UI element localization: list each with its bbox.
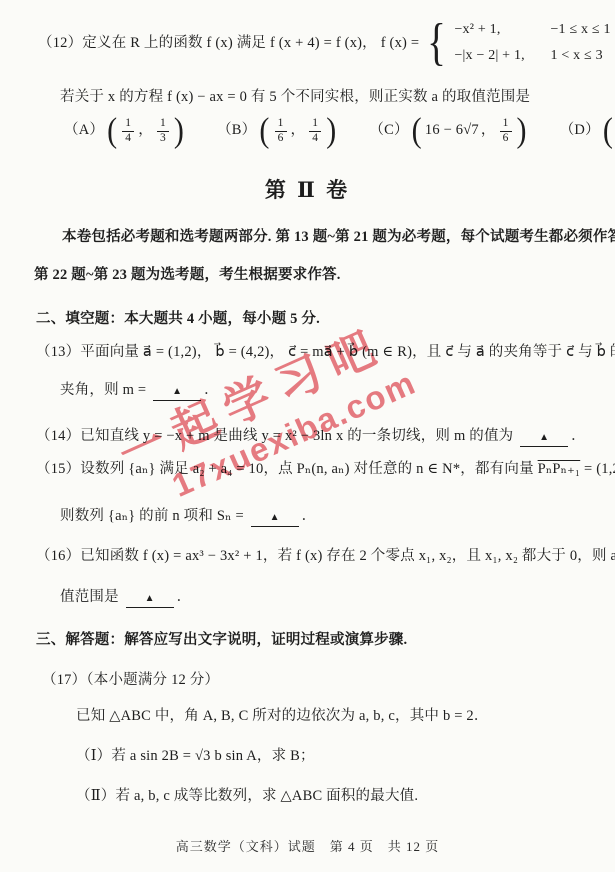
watermark: 一起学习吧 17xuexiba.com	[107, 303, 422, 519]
answer-blank: ▲	[520, 431, 568, 447]
question-17-given: 已知 △ABC 中，角 A, B, C 所对的边依次为 a, b, c，其中 b…	[76, 707, 489, 727]
question-15-line2: 则数列 {aₙ} 的前 n 项和 Sₙ = ▲．	[60, 507, 316, 527]
answer-blank: ▲	[153, 385, 201, 401]
option-a-label: （A）	[64, 121, 104, 141]
blank-triangle-icon: ▲	[145, 593, 155, 604]
question-12-intro: （12）定义在 R 上的函数 f (x) 满足 f (x + 4) = f (x…	[38, 34, 419, 54]
paren-close: )	[174, 114, 184, 149]
part-ii-title: 第 Ⅱ 卷	[0, 176, 615, 204]
part-ii-intro-line1: 本卷包括必考题和选考题两部分. 第 13 题~第 21 题为必考题，每个试题考生…	[62, 228, 615, 248]
question-12-intro-row: （12）定义在 R 上的函数 f (x) 满足 f (x + 4) = f (x…	[38, 20, 615, 67]
question-14-text: （14）已知直线 y = −x + m 是曲线 y = x² − 3ln x 的…	[36, 428, 513, 444]
fraction: 16	[500, 117, 512, 146]
option-a: （A） ( 14 ， 13 )	[64, 116, 185, 146]
numerator: 1	[122, 117, 134, 132]
denominator: 4	[309, 132, 321, 146]
part-ii-intro-line2: 第 22 题~第 23 题为选考题，考生根据要求作答.	[34, 266, 341, 286]
brace-icon: {	[427, 20, 446, 67]
page-footer: 高三数学（文科）试题 第 4 页 共 12 页	[0, 838, 615, 856]
paren-open: (	[603, 114, 613, 149]
comma: ，	[138, 121, 153, 141]
paren-open: (	[107, 114, 117, 149]
piecewise-row: −x² + 1, −1 ≤ x ≤ 1	[454, 21, 610, 40]
answer-blank: ▲	[251, 511, 299, 527]
question-15-line1: （15）设数列 {aₙ} 满足 a₂ + a₄ = 10，点 Pₙ(n, aₙ)…	[36, 460, 615, 480]
question-12-condition: 若关于 x 的方程 f (x) − ax = 0 有 5 个不同实根，则正实数 …	[60, 88, 530, 108]
period: ．	[571, 428, 586, 444]
vector-overline: PₙPₙ₊₁	[538, 461, 581, 477]
fraction: 16	[275, 117, 287, 146]
answer-blank: ▲	[126, 592, 174, 608]
exam-page: （12）定义在 R 上的函数 f (x) 满足 f (x + 4) = f (x…	[0, 0, 615, 872]
option-b: （B） ( 16 ， 14 )	[217, 116, 337, 146]
denominator: 3	[157, 132, 169, 146]
blank-triangle-icon: ▲	[172, 386, 182, 397]
piecewise-rows: −x² + 1, −1 ≤ x ≤ 1 −|x − 2| + 1, 1 < x …	[454, 21, 610, 66]
question-15-answer-prefix: 则数列 {aₙ} 的前 n 项和 Sₙ =	[60, 508, 244, 524]
option-d: （D） ( 16 ， 8 − 2√15 )	[560, 116, 615, 146]
option-b-label: （B）	[217, 121, 256, 141]
question-12-options: （A） ( 14 ， 13 ) （B） ( 16 ， 14 ) （C） ( 16…	[64, 116, 615, 146]
piecewise-expr: −x² + 1,	[454, 21, 550, 40]
numerator: 1	[157, 117, 169, 132]
question-13-answer-prefix: 夹角，则 m =	[60, 382, 146, 398]
numerator: 1	[275, 117, 287, 132]
paren-close: )	[326, 114, 336, 149]
section-2-header: 二、填空题：本大题共 4 小题，每小题 5 分.	[36, 310, 320, 330]
piecewise-cond: 1 < x ≤ 3	[550, 47, 602, 66]
option-d-label: （D）	[560, 121, 600, 141]
piecewise-function: { −x² + 1, −1 ≤ x ≤ 1 −|x − 2| + 1, 1 < …	[424, 20, 610, 67]
question-14: （14）已知直线 y = −x + m 是曲线 y = x² − 3ln x 的…	[36, 427, 586, 447]
blank-triangle-icon: ▲	[270, 512, 280, 523]
question-17-part2: （Ⅱ）若 a, b, c 成等比数列，求 △ABC 面积的最大值.	[76, 787, 418, 807]
denominator: 4	[122, 132, 134, 146]
section-3-header: 三、解答题：解答应写出文字说明，证明过程或演算步骤.	[36, 631, 407, 651]
question-16-line2: 值范围是 ▲．	[60, 588, 191, 608]
paren-open: (	[412, 114, 422, 149]
paren-close: )	[517, 114, 527, 149]
option-c: （C） ( 16 − 6√7 ， 16 )	[369, 116, 527, 146]
numerator: 1	[500, 117, 512, 132]
question-15-text: （15）设数列 {aₙ} 满足 a₂ + a₄ = 10，点 Pₙ(n, aₙ)…	[36, 461, 534, 477]
comma: ，	[291, 121, 306, 141]
option-c-label: （C）	[369, 121, 408, 141]
paren-open: (	[259, 114, 269, 149]
fraction: 14	[309, 117, 321, 146]
question-16-answer-prefix: 值范围是	[60, 589, 119, 605]
period: ．	[302, 508, 317, 524]
period: ．	[204, 382, 219, 398]
comma: ，	[481, 121, 496, 141]
question-15-suffix: = (1,2)，	[584, 461, 615, 477]
fraction: 13	[157, 117, 169, 146]
question-17-head: （17）（本小题满分 12 分）	[42, 671, 219, 691]
denominator: 6	[500, 132, 512, 146]
option-c-expression: 16 − 6√7	[425, 121, 479, 141]
fraction: 14	[122, 117, 134, 146]
question-13-line2: 夹角，则 m = ▲．	[60, 381, 219, 401]
denominator: 6	[275, 132, 287, 146]
period: ．	[177, 589, 192, 605]
blank-triangle-icon: ▲	[539, 432, 549, 443]
numerator: 1	[309, 117, 321, 132]
piecewise-row: −|x − 2| + 1, 1 < x ≤ 3	[454, 47, 610, 66]
piecewise-expr: −|x − 2| + 1,	[454, 47, 550, 66]
question-13-line1: （13）平面向量 a⃗ = (1,2)， b⃗ = (4,2)， c⃗ = ma…	[36, 343, 615, 363]
question-17-part1: （Ⅰ）若 a sin 2B = √3 b sin A，求 B；	[76, 747, 315, 767]
piecewise-cond: −1 ≤ x ≤ 1	[550, 21, 610, 40]
question-16-line1: （16）已知函数 f (x) = ax³ − 3x² + 1，若 f (x) 存…	[36, 547, 615, 567]
